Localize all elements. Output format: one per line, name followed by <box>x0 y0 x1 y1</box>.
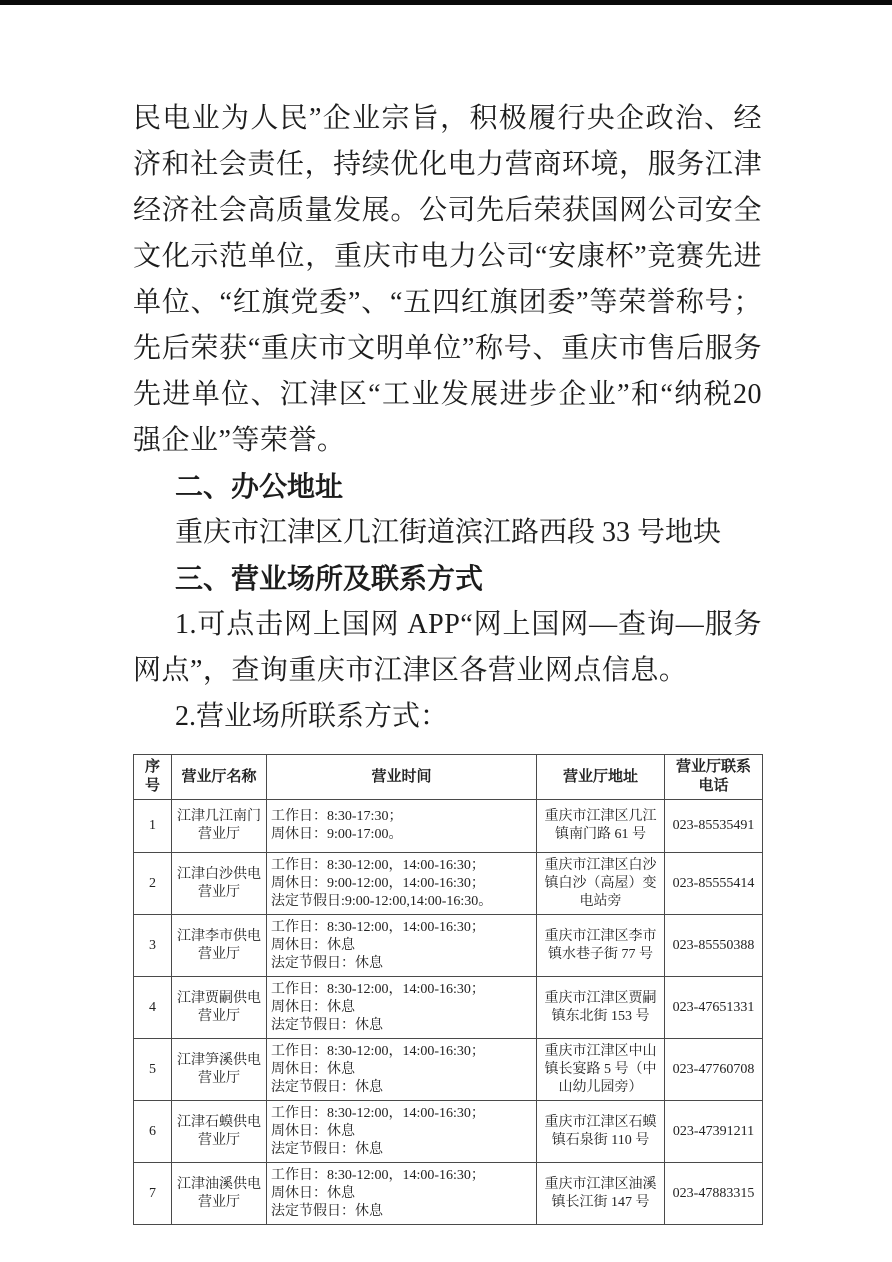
table-row: 1 江津几江南门营业厅 工作日：8:30-17:30； 周休日：9:00-17:… <box>134 800 763 853</box>
cell-business-hours: 工作日：8:30-12:00，14:00-16:30； 周休日：休息 法定节假日… <box>267 1101 537 1163</box>
table-row: 2 江津白沙供电营业厅 工作日：8:30-12:00，14:00-16:30； … <box>134 853 763 915</box>
list-item-contact-intro: 2.营业场所联系方式： <box>133 694 762 740</box>
cell-hall-name: 江津贾嗣供电营业厅 <box>172 977 267 1039</box>
office-address-line: 重庆市江津区几江街道滨江路西段 33 号地块 <box>133 510 762 556</box>
cell-serial-number: 4 <box>134 977 172 1039</box>
cell-hall-name: 江津油溪供电营业厅 <box>172 1163 267 1225</box>
cell-business-hours: 工作日：8:30-12:00，14:00-16:30； 周休日：休息 法定节假日… <box>267 915 537 977</box>
list-item-app-query: 1.可点击网上国网 APP“网上国网—查询—服务网点”，查询重庆市江津区各营业网… <box>133 602 762 694</box>
cell-business-hours: 工作日：8:30-17:30； 周休日：9:00-17:00。 <box>267 800 537 853</box>
cell-business-hours: 工作日：8:30-12:00，14:00-16:30； 周休日：休息 法定节假日… <box>267 1163 537 1225</box>
table-row: 5 江津笋溪供电营业厅 工作日：8:30-12:00，14:00-16:30； … <box>134 1039 763 1101</box>
cell-business-hours: 工作日：8:30-12:00，14:00-16:30； 周休日：休息 法定节假日… <box>267 1039 537 1101</box>
business-halls-table: 序号 营业厅名称 营业时间 营业厅地址 营业厅联系电话 1 江津几江南门营业厅 … <box>133 754 763 1225</box>
cell-hall-name: 江津白沙供电营业厅 <box>172 853 267 915</box>
cell-hall-address: 重庆市江津区中山镇长宴路 5 号（中山幼儿园旁） <box>537 1039 665 1101</box>
header-hall-name: 营业厅名称 <box>172 755 267 800</box>
header-contact-phone: 营业厅联系电话 <box>665 755 763 800</box>
scan-artifact-bar <box>0 0 892 5</box>
section-heading-business-locations: 三、营业场所及联系方式 <box>133 556 762 602</box>
cell-contact-phone: 023-47651331 <box>665 977 763 1039</box>
table-header-row: 序号 营业厅名称 营业时间 营业厅地址 营业厅联系电话 <box>134 755 763 800</box>
cell-contact-phone: 023-47391211 <box>665 1101 763 1163</box>
cell-hall-address: 重庆市江津区白沙镇白沙（高屋）变电站旁 <box>537 853 665 915</box>
table-body: 1 江津几江南门营业厅 工作日：8:30-17:30； 周休日：9:00-17:… <box>134 800 763 1225</box>
header-business-hours: 营业时间 <box>267 755 537 800</box>
cell-business-hours: 工作日：8:30-12:00，14:00-16:30； 周休日：9:00-12:… <box>267 853 537 915</box>
table-row: 4 江津贾嗣供电营业厅 工作日：8:30-12:00，14:00-16:30； … <box>134 977 763 1039</box>
cell-contact-phone: 023-85550388 <box>665 915 763 977</box>
document-page: 民电业为人民”企业宗旨，积极履行央企政治、经济和社会责任，持续优化电力营商环境，… <box>0 0 892 1262</box>
cell-serial-number: 1 <box>134 800 172 853</box>
section-heading-office-address: 二、办公地址 <box>133 464 762 510</box>
cell-hall-address: 重庆市江津区油溪镇长江街 147 号 <box>537 1163 665 1225</box>
table-row: 7 江津油溪供电营业厅 工作日：8:30-12:00，14:00-16:30； … <box>134 1163 763 1225</box>
cell-hall-name: 江津李市供电营业厅 <box>172 915 267 977</box>
cell-serial-number: 3 <box>134 915 172 977</box>
header-serial-number: 序号 <box>134 755 172 800</box>
cell-contact-phone: 023-85555414 <box>665 853 763 915</box>
cell-hall-address: 重庆市江津区李市镇水巷子街 77 号 <box>537 915 665 977</box>
cell-serial-number: 6 <box>134 1101 172 1163</box>
cell-hall-address: 重庆市江津区贾嗣镇东北街 153 号 <box>537 977 665 1039</box>
cell-serial-number: 5 <box>134 1039 172 1101</box>
document-content: 民电业为人民”企业宗旨，积极履行央企政治、经济和社会责任，持续优化电力营商环境，… <box>133 96 762 1225</box>
cell-contact-phone: 023-47883315 <box>665 1163 763 1225</box>
header-hall-address: 营业厅地址 <box>537 755 665 800</box>
table-header: 序号 营业厅名称 营业时间 营业厅地址 营业厅联系电话 <box>134 755 763 800</box>
cell-contact-phone: 023-47760708 <box>665 1039 763 1101</box>
cell-hall-address: 重庆市江津区石蟆镇石泉街 110 号 <box>537 1101 665 1163</box>
cell-hall-address: 重庆市江津区几江镇南门路 61 号 <box>537 800 665 853</box>
cell-serial-number: 7 <box>134 1163 172 1225</box>
cell-business-hours: 工作日：8:30-12:00，14:00-16:30； 周休日：休息 法定节假日… <box>267 977 537 1039</box>
cell-contact-phone: 023-85535491 <box>665 800 763 853</box>
table-row: 3 江津李市供电营业厅 工作日：8:30-12:00，14:00-16:30； … <box>134 915 763 977</box>
cell-hall-name: 江津笋溪供电营业厅 <box>172 1039 267 1101</box>
cell-serial-number: 2 <box>134 853 172 915</box>
cell-hall-name: 江津几江南门营业厅 <box>172 800 267 853</box>
cell-hall-name: 江津石蟆供电营业厅 <box>172 1101 267 1163</box>
table-row: 6 江津石蟆供电营业厅 工作日：8:30-12:00，14:00-16:30； … <box>134 1101 763 1163</box>
body-paragraph: 民电业为人民”企业宗旨，积极履行央企政治、经济和社会责任，持续优化电力营商环境，… <box>133 96 762 464</box>
